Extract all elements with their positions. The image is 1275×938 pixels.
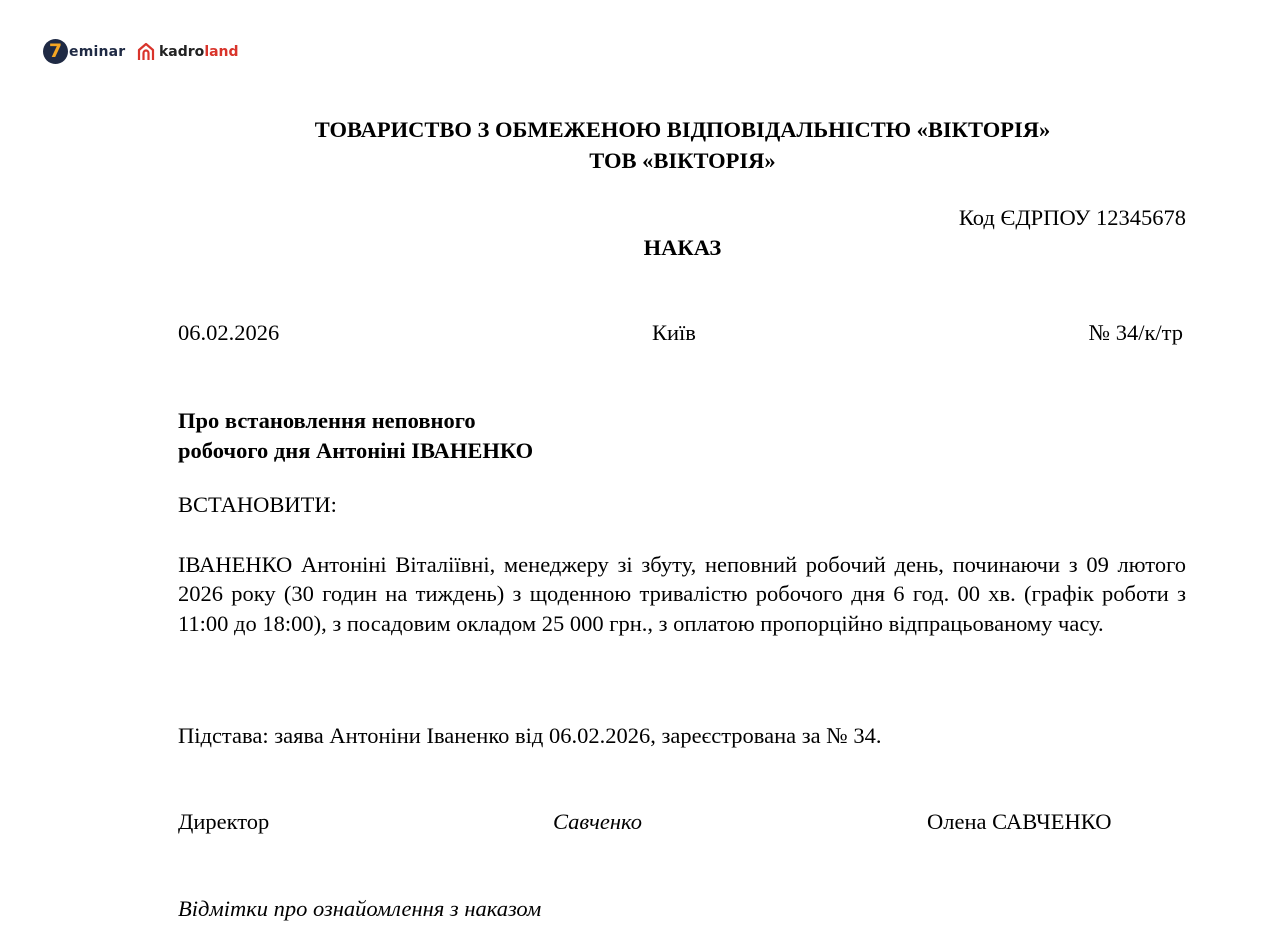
seminar-logo: 7 eminar [43, 39, 125, 64]
order-subject-line-1: Про встановлення неповного [178, 406, 533, 436]
seminar-logo-text: eminar [69, 44, 125, 60]
acknowledgement-note: Відмітки про ознайомлення з наказом [178, 896, 541, 922]
order-subject: Про встановлення неповного робочого дня … [178, 406, 533, 466]
kadroland-logo: kadroland [137, 42, 239, 62]
organization-short-name: ТОВ «ВІКТОРІЯ» [0, 148, 1275, 174]
edrpou-code: Код ЄДРПОУ 12345678 [959, 205, 1186, 231]
signatory-name: Олена САВЧЕНКО [927, 809, 1111, 835]
signatory-role: Директор [178, 809, 269, 835]
order-basis: Підстава: заява Антоніни Іваненко від 06… [178, 723, 882, 749]
kadroland-logo-text-accent: land [204, 44, 238, 60]
order-meta-row: 06.02.2026 Київ № 34/к/тр [178, 320, 1183, 346]
order-number: № 34/к/тр [1089, 320, 1183, 346]
kadroland-logo-text-dark: kadro [159, 44, 204, 60]
organization-full-name: ТОВАРИСТВО З ОБМЕЖЕНОЮ ВІДПОВІДАЛЬНІСТЮ … [0, 117, 1275, 143]
seminar-badge-icon: 7 [43, 39, 68, 64]
order-city: Київ [652, 320, 696, 346]
house-icon [137, 42, 155, 62]
seminar-badge-digit: 7 [49, 42, 62, 61]
directive-heading: ВСТАНОВИТИ: [178, 492, 337, 518]
order-subject-line-2: робочого дня Антоніні ІВАНЕНКО [178, 436, 533, 466]
order-body-paragraph: ІВАНЕНКО Антоніні Віталіївні, менеджеру … [178, 550, 1186, 638]
document-title: НАКАЗ [0, 235, 1275, 261]
signature: Савченко [553, 809, 642, 835]
order-date: 06.02.2026 [178, 320, 279, 346]
